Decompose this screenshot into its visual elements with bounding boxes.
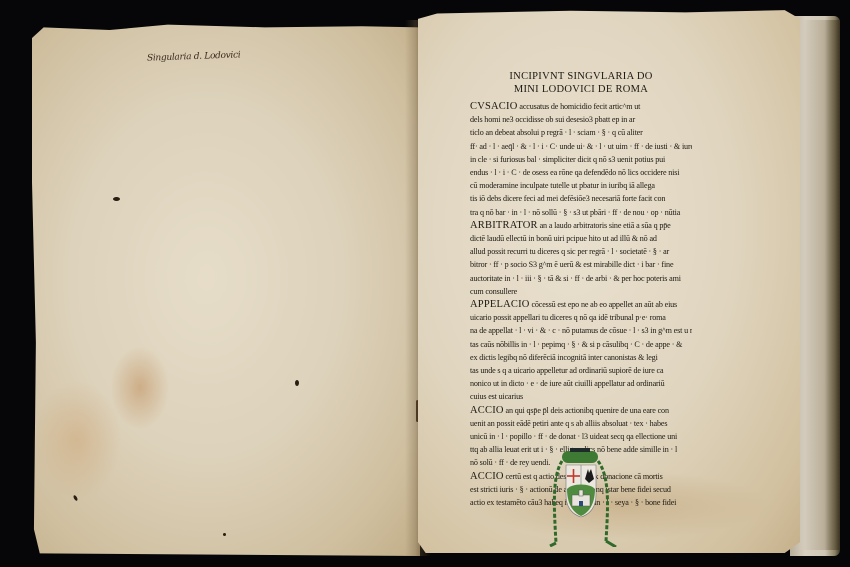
line-text: dels homi ne3 occidisse ob sui desesio3 … [470, 115, 635, 124]
line-text: nonico ut in dicto · e · de iure aūt ciu… [470, 379, 665, 388]
text-line: in cle · si furiosus bal · simpliciter d… [470, 153, 692, 166]
line-text: cum consullere [470, 287, 517, 296]
line-text: tas unde s q a uicario appelletur ad ord… [470, 366, 663, 375]
text-line: dictē laudū ellectū in bonū uiri pcipue … [470, 232, 692, 245]
text-line: tas caūs nōbillis in · l · pepimq · § · … [470, 338, 692, 351]
line-text: unicū in · l · popillo · ff · de donat ·… [470, 432, 677, 441]
line-text: cuius est uicarius [470, 392, 523, 401]
text-line: allud possit recurri tu diceres q sic pe… [470, 245, 692, 258]
worm-hole [113, 197, 120, 201]
coat-of-arms-icon [548, 447, 618, 547]
line-text: uenit an possit eādē petiri ante q s ab … [470, 419, 667, 428]
line-text: tis iō debs dicere feci ad mei defēsiōe3… [470, 194, 665, 203]
line-text: allud possit recurri tu diceres q sic pe… [470, 247, 669, 256]
line-text: accusatus de homicidio fecit artic^m ut [519, 102, 640, 111]
worm-hole [223, 533, 226, 536]
text-line: ACCIO an qui qsp̄e p̄l deis actionibq qu… [470, 404, 692, 417]
line-text: in cle · si furiosus bal · simpliciter d… [470, 155, 665, 164]
text-line: APPELACIO cōcessū est epo ne ab eo appel… [470, 298, 692, 311]
title-line: MINI LODOVICI DE ROMA [470, 83, 692, 96]
text-line: endus · l · i · C · de osess ea rōne qa … [470, 166, 692, 179]
section-heading: CVSACIO [470, 101, 518, 112]
incipit-title: INCIPIVNT SINGVLARIA DO MINI LODOVICI DE… [470, 70, 692, 96]
text-line: uenit an possit eādē petiri ante q s ab … [470, 417, 692, 430]
line-text: auctoritate in · l · iii · § · tā & si ·… [470, 274, 681, 283]
line-text: an qui qsp̄e p̄l deis actionibq quenire … [506, 406, 669, 415]
text-line: auctoritate in · l · iii · § · tā & si ·… [470, 272, 692, 285]
book-photo: Singularia d. Lodovici INCIPIVNT SINGVLA… [0, 0, 850, 567]
text-line: tis iō debs dicere feci ad mei defēsiōe3… [470, 192, 692, 205]
text-line: ex dictis legibq nō diferēciā incognitā … [470, 351, 692, 364]
text-line: cuius est uicarius [470, 390, 692, 403]
title-line: INCIPIVNT SINGVLARIA DO [470, 70, 692, 83]
text-line: tas unde s q a uicario appelletur ad ord… [470, 364, 692, 377]
text-line: nonico ut in dicto · e · de iure aūt ciu… [470, 377, 692, 390]
line-text: cōcessū est epo ne ab eo appellet an aūt… [531, 300, 677, 309]
line-text: an a laudo arbitratoris sine etiā a sūa … [540, 221, 671, 230]
line-text: dictē laudū ellectū in bonū uiri pcipue … [470, 234, 657, 243]
text-line: tra q nō bar · in · l · nō sollū · § · s… [470, 206, 692, 219]
text-line: ff· ad · l · aeq̄l · & · l · i · C· unde… [470, 140, 692, 153]
line-text: uicario possit appellari tu diceres q nō… [470, 313, 666, 322]
line-text: bitror · ff · p socio S3 g^m ē uerū & es… [470, 260, 673, 269]
line-text: ticlo an debeat absolui p regrā · l · sc… [470, 128, 643, 137]
text-line: na de appellat · l · vi · & · c · nō put… [470, 324, 692, 337]
line-text: nō solū · ff · de rey uendi. [470, 458, 550, 467]
worm-hole [295, 380, 299, 386]
section-heading: ACCIO [470, 405, 504, 416]
left-page-stain-corner [32, 380, 122, 500]
line-text: ex dictis legibq nō diferēciā incognitā … [470, 353, 658, 362]
line-text: endus · l · i · C · de osess ea rōne qa … [470, 168, 679, 177]
text-line: ticlo an debeat absolui p regrā · l · sc… [470, 126, 692, 139]
text-line: ARBITRATOR an a laudo arbitratoris sine … [470, 219, 692, 232]
line-text: ff· ad · l · aeq̄l · & · l · i · C· unde… [470, 142, 692, 151]
line-text: cū moderamine inculpate tutelle ut pbatu… [470, 181, 655, 190]
text-line: cum consullere [470, 285, 692, 298]
text-line: unicū in · l · popillo · ff · de donat ·… [470, 430, 692, 443]
text-line: cū moderamine inculpate tutelle ut pbatu… [470, 179, 692, 192]
text-line: CVSACIO accusatus de homicidio fecit art… [470, 100, 692, 113]
text-line: bitror · ff · p socio S3 g^m ē uerū & es… [470, 258, 692, 271]
line-text: na de appellat · l · vi · & · c · nō put… [470, 326, 692, 335]
text-line: dels homi ne3 occidisse ob sui desesio3 … [470, 113, 692, 126]
back-leaves-shadow [800, 20, 840, 550]
line-text: tra q nō bar · in · l · nō sollū · § · s… [470, 208, 680, 217]
section-heading: ARBITRATOR [470, 220, 538, 231]
text-line: uicario possit appellari tu diceres q nō… [470, 311, 692, 324]
printed-text-block: INCIPIVNT SINGVLARIA DO MINI LODOVICI DE… [470, 70, 692, 509]
line-text: tas caūs nōbillis in · l · pepimq · § · … [470, 340, 682, 349]
section-heading: ACCIO [470, 471, 504, 482]
section-heading: APPELACIO [470, 299, 530, 310]
